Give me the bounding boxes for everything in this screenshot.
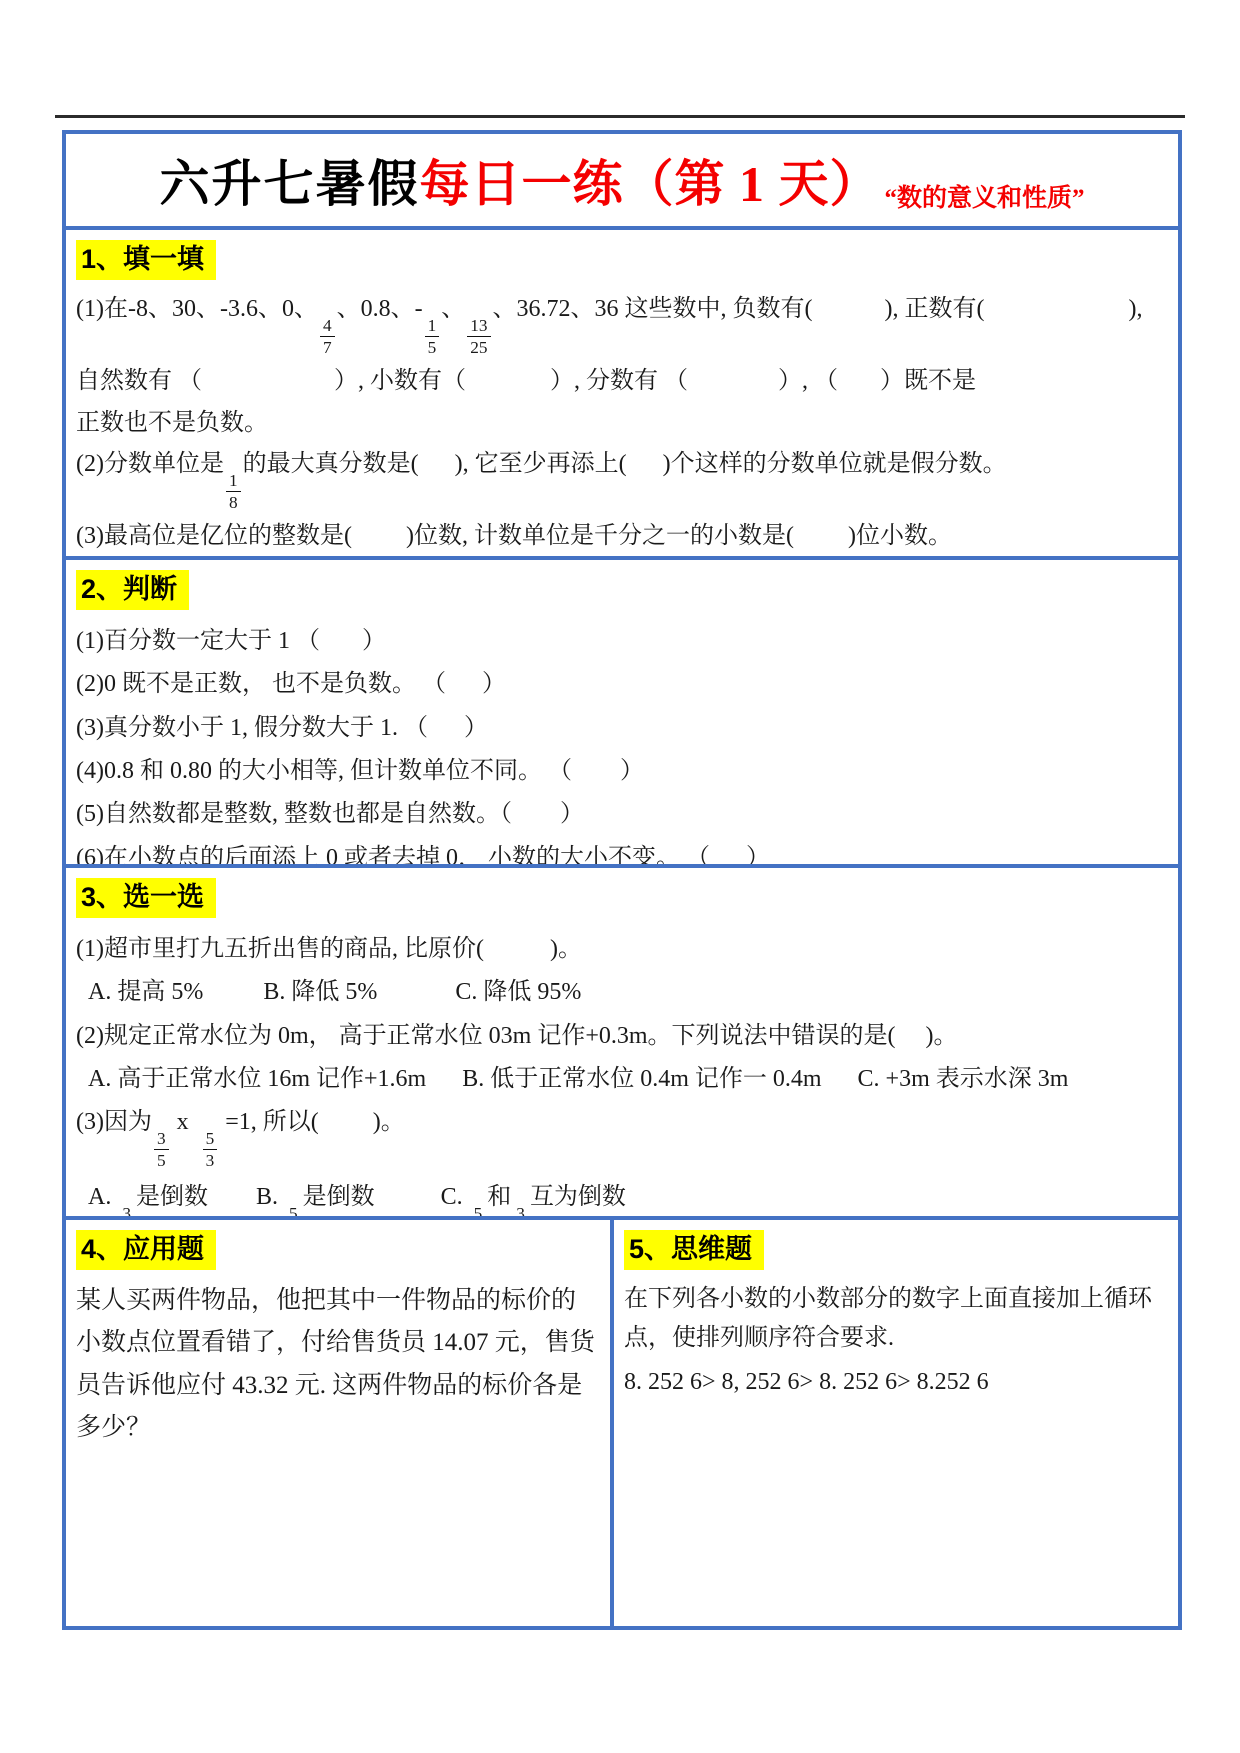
fraction: 35 <box>119 1205 134 1220</box>
text-line: (2)分数单位是18的最大真分数是( ), 它至少再添上( )个这样的分数单位就… <box>76 448 1164 511</box>
text-line: (2)0 既不是正数， 也不是负数。 （ ） <box>76 668 1164 700</box>
section-multiple-choice: 3、选一选 (1)超市里打九五折出售的商品, 比原价( )。 A. 提高 5% … <box>66 868 1178 1220</box>
section-3-heading-row: 3、选一选 <box>76 876 1164 922</box>
text-line: A. 35是倒数 B. 53是倒数 C. 53和35互为倒数 <box>76 1181 1164 1220</box>
text-line: (6)在小数点的后面添上 0 或者去掉 0， 小数的大小不变。 （ ） <box>76 842 1164 868</box>
fraction: 35 <box>513 1205 528 1220</box>
text-line: 在下列各小数的小数部分的数字上面直接加上循环点，使排列顺序符合要求. <box>624 1280 1164 1359</box>
fraction: 35 <box>154 1130 169 1170</box>
text-line: A. 高于正常水位 16m 记作+1.6m B. 低于正常水位 0.4m 记作一… <box>76 1063 1164 1095</box>
fraction: 53 <box>203 1130 218 1170</box>
text-line: (2)规定正常水位为 0m， 高于正常水位 03m 记作+0.3m。下列说法中错… <box>76 1020 1164 1052</box>
text-line: (4)0.8 和 0.80 的大小相等, 但计数单位不同。 （ ） <box>76 755 1164 787</box>
fraction: 47 <box>320 317 335 357</box>
section-4-heading: 4、应用题 <box>76 1230 216 1270</box>
section-5-heading: 5、思维题 <box>624 1230 764 1270</box>
section-2-questions: (1)百分数一定大于 1 （ ）(2)0 既不是正数， 也不是负数。 （ ）(3… <box>76 625 1164 868</box>
section-2-heading: 2、判断 <box>76 570 189 610</box>
section-3-heading: 3、选一选 <box>76 878 216 918</box>
section-1-heading-row: 1、填一填 <box>76 238 1164 284</box>
section-word-problem: 4、应用题 某人买两件物品，他把其中一件物品的标价的小数点位置看错了，付给售货员… <box>66 1220 614 1626</box>
fraction: 15 <box>425 317 440 357</box>
section-true-false: 2、判断 (1)百分数一定大于 1 （ ）(2)0 既不是正数， 也不是负数。 … <box>66 560 1178 868</box>
title-topic-subtitle: “数的意义和性质” <box>884 178 1084 214</box>
text-line: 某人买两件物品，他把其中一件物品的标价的小数点位置看错了，付给售货员 14.07… <box>76 1280 596 1450</box>
fraction: 18 <box>226 472 241 512</box>
text-line: (1)在-8、30、-3.6、0、47、0.8、-15、1325、36.72、3… <box>76 293 1164 356</box>
page-title: 六升七暑假每日一练（第 1 天）“数的意义和性质” <box>66 134 1178 230</box>
section-fill-in-blanks: 1、填一填 (1)在-8、30、-3.6、0、47、0.8、-15、1325、3… <box>66 230 1178 560</box>
text-line: 8. 252 6> 8, 252 6> 8. 252 6> 8.252 6 <box>624 1363 1164 1403</box>
text-line: (3)因为35 x 53 =1, 所以( )。 <box>76 1106 1164 1169</box>
section-thinking-problem: 5、思维题 在下列各小数的小数部分的数字上面直接加上循环点，使排列顺序符合要求.… <box>614 1220 1178 1626</box>
title-daily-practice-text: 每日一练（第 1 天） <box>419 144 880 216</box>
text-line: A. 提高 5% B. 降低 5% C. 降低 95% <box>76 976 1164 1008</box>
section-3-questions: (1)超市里打九五折出售的商品, 比原价( )。 A. 提高 5% B. 降低 … <box>76 933 1164 1220</box>
section-2-heading-row: 2、判断 <box>76 568 1164 614</box>
text-line: (5)自然数都是整数, 整数也都是自然数。（ ） <box>76 798 1164 830</box>
section-1-heading: 1、填一填 <box>76 240 216 280</box>
fraction: 1325 <box>467 317 490 357</box>
text-line: 自然数有 （ ）, 小数有（ ）, 分数有 （ ）, （ ）既不是 <box>76 365 1164 397</box>
section-1-questions: (1)在-8、30、-3.6、0、47、0.8、-15、1325、36.72、3… <box>76 293 1164 560</box>
worksheet-page: 六升七暑假每日一练（第 1 天）“数的意义和性质” 1、填一填 (1)在-8、3… <box>0 0 1240 1753</box>
bottom-row: 4、应用题 某人买两件物品，他把其中一件物品的标价的小数点位置看错了，付给售货员… <box>66 1220 1178 1626</box>
text-line: (3)最高位是亿位的整数是( )位数, 计数单位是千分之一的小数是( )位小数。 <box>76 520 1164 552</box>
text-line: (1)超市里打九五折出售的商品, 比原价( )。 <box>76 933 1164 965</box>
worksheet-frame: 六升七暑假每日一练（第 1 天）“数的意义和性质” 1、填一填 (1)在-8、3… <box>62 130 1182 1630</box>
text-line: 正数也不是负数。 <box>76 407 1164 439</box>
title-grade-text: 六升七暑假 <box>159 144 419 216</box>
fraction: 53 <box>471 1205 486 1220</box>
text-line: (1)百分数一定大于 1 （ ） <box>76 625 1164 657</box>
section-5-question: 在下列各小数的小数部分的数字上面直接加上循环点，使排列顺序符合要求.8. 252… <box>624 1280 1164 1403</box>
text-line: (3)真分数小于 1, 假分数大于 1. （ ） <box>76 712 1164 744</box>
fraction: 53 <box>286 1205 301 1220</box>
section-4-question: 某人买两件物品，他把其中一件物品的标价的小数点位置看错了，付给售货员 14.07… <box>76 1280 596 1450</box>
section-5-heading-row: 5、思维题 <box>624 1228 1164 1274</box>
section-4-heading-row: 4、应用题 <box>76 1228 596 1274</box>
top-rule <box>55 115 1185 118</box>
